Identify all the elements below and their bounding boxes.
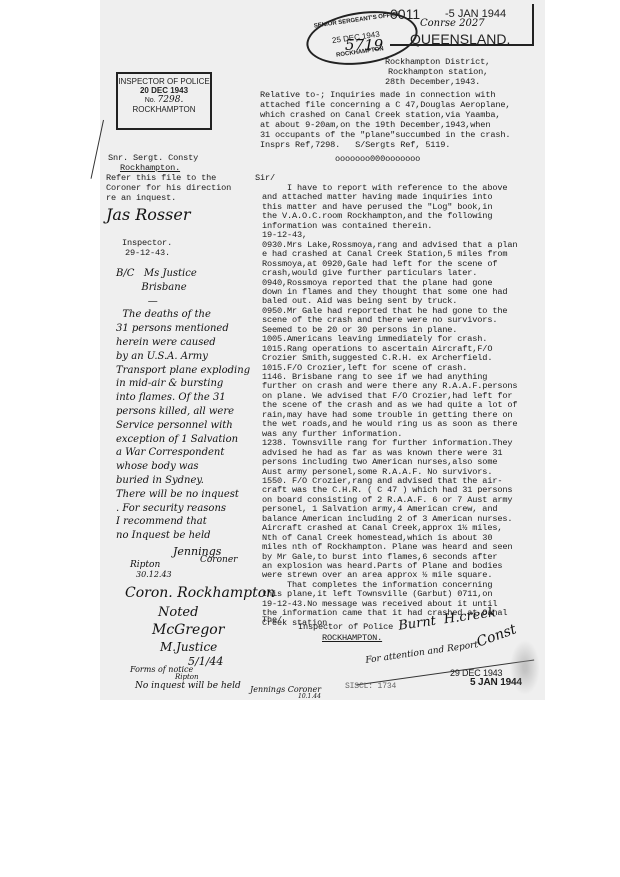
margin-note-line: Coroner for his direction	[106, 183, 231, 193]
margin-note-line: Snr. Sergt. Consty	[108, 153, 198, 163]
routing-title: M.Justice	[160, 640, 217, 654]
routing-signature: McGregor	[152, 622, 224, 638]
handwritten-note-line: no Inquest be held	[116, 530, 211, 541]
routing-line-1: Coron. Rockhampton	[125, 585, 275, 601]
handwritten-note-line: buried in Sydney.	[116, 475, 204, 486]
handwritten-note-line: herein were caused	[116, 337, 216, 348]
handwritten-note-line: exception of 1 Salvation	[116, 434, 238, 445]
subject-line: Relative to-; Inquiries made in connecti…	[260, 90, 495, 100]
inspector-stamp-date: 20 DEC 1943	[118, 86, 210, 95]
final-note-line: No inquest will be held	[135, 681, 241, 691]
routing-date: 5/1/44	[188, 655, 223, 668]
address-line-1: Rockhampton District,	[385, 57, 490, 67]
header-stamp-number: 0011	[390, 6, 420, 22]
handwritten-note-line: There will be no inquest	[116, 489, 239, 500]
handwritten-note-line: . For security reasons	[116, 503, 226, 514]
margin-note-line: re an inquest.	[106, 193, 176, 203]
margin-note-line: Rockhampton.	[120, 163, 180, 173]
header-stamp-state: QUEENSLAND.	[410, 31, 510, 47]
subject-line: attached file concerning a C 47,Douglas …	[260, 100, 510, 110]
subject-line: which crashed on Canal Creek station,via…	[260, 110, 500, 120]
inspector-stamp-no-label: No.	[145, 97, 156, 104]
margin-note-line: Refer this file to the	[106, 173, 216, 183]
subject-line: at about 9-20am,on the 19th December,194…	[260, 120, 490, 130]
handwritten-note-line: by an U.S.A. Army	[116, 351, 208, 362]
subject-divider: ooooooo000ooooooo	[335, 154, 420, 164]
salutation: Sir/	[255, 173, 275, 183]
subject-line: Insprs Ref,7298. S/Sergts Ref, 5119.	[260, 140, 450, 150]
handwritten-note-line: Transport plane exploding	[116, 365, 250, 376]
handwritten-note-line: Brisbane	[116, 282, 187, 293]
smudge	[510, 640, 540, 695]
inspector-stamp-no-value: 7298.	[158, 95, 184, 105]
handwritten-note-line: whose body was	[116, 461, 199, 472]
signoff-place: ROCKHAMPTON.	[322, 633, 382, 643]
handwritten-note-line: —	[116, 296, 158, 307]
final-note-line: Ripton	[175, 673, 199, 681]
address-line-2: Rockhampton station,	[388, 67, 488, 77]
subject-line: 31 occupants of the "plane"succumbed in …	[260, 130, 510, 140]
coroner-title: Coroner	[200, 555, 237, 565]
header-stamp-handwritten: Conrse 2027	[420, 18, 485, 29]
bottom-stamp-ref: SISCL: 1734	[345, 682, 396, 692]
handwritten-note-line: into flames. Of the 31	[116, 392, 226, 403]
handwritten-note-line: B/C Ms Justice	[116, 268, 197, 279]
final-date: 10.1.44	[298, 693, 321, 700]
handwritten-note-line: a War Correspondent	[116, 447, 224, 458]
inspector-stamp-no: No. 7298.	[118, 95, 210, 105]
routing-noted: Noted	[158, 605, 198, 620]
handwritten-note-line: Service personnel with	[116, 420, 233, 431]
handwritten-note-line: in mid-air & bursting	[116, 378, 223, 389]
signoff-title: Inspector of Police	[298, 622, 393, 632]
inspector-of-police-stamp: INSPECTOR OF POLICE 20 DEC 1943 No. 7298…	[116, 72, 212, 130]
closing: The/	[262, 615, 282, 625]
inspector-stamp-place: ROCKHAMPTON	[118, 105, 210, 114]
handwritten-note-line: The deaths of the	[116, 309, 211, 320]
inspector-signature: Jas Rosser	[106, 205, 190, 224]
address-line-3: 28th December,1943.	[385, 77, 480, 87]
handwritten-note-line: persons killed, all were	[116, 406, 234, 417]
coroner-date: 30.12.43	[136, 570, 172, 579]
inspector-date: 29-12-43.	[125, 248, 170, 258]
stamp-handwritten-number: 5719	[345, 36, 383, 54]
handwritten-note-line: I recommend that	[116, 516, 207, 527]
inspector-stamp-title: INSPECTOR OF POLICE	[118, 77, 210, 86]
handwritten-note-line: 31 persons mentioned	[116, 323, 229, 334]
inspector-title: Inspector.	[122, 238, 172, 248]
coroner-place: Ripton	[130, 560, 160, 570]
